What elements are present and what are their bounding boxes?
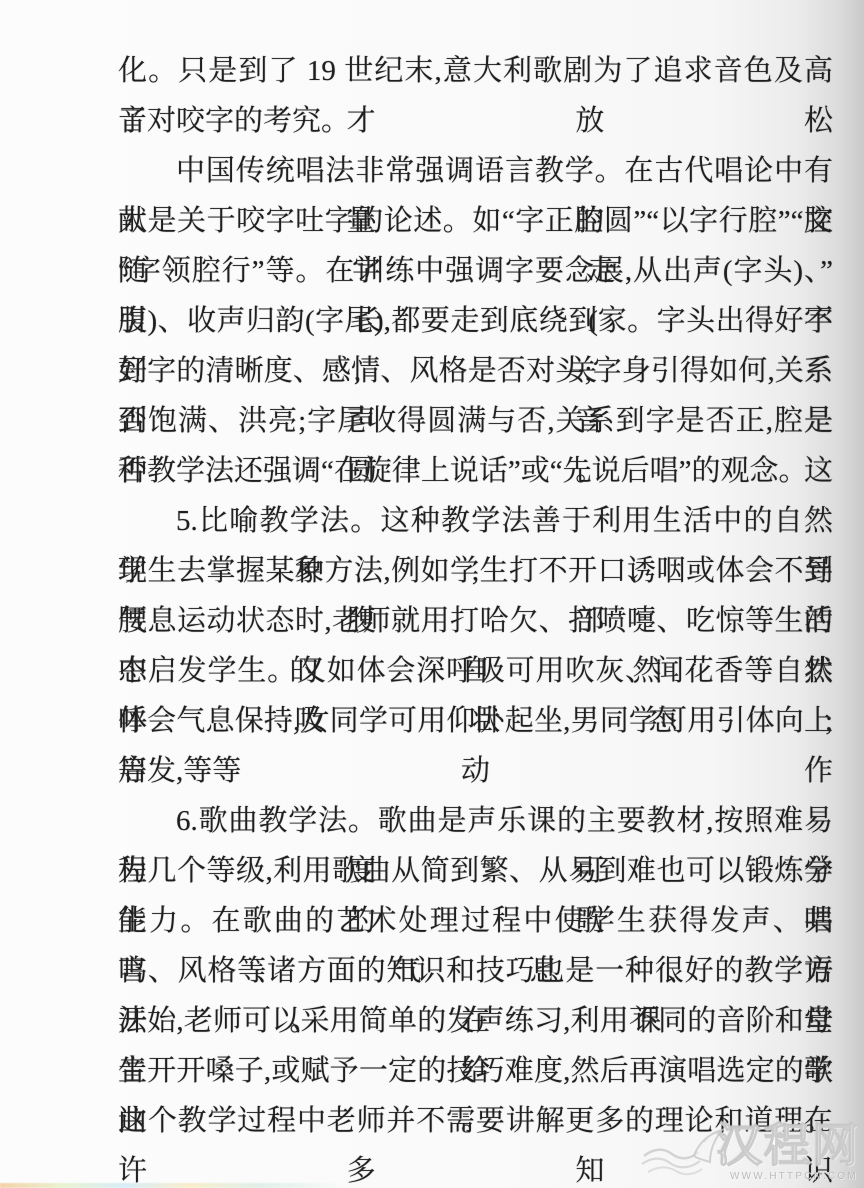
text-line: 为几个等级,利用歌曲从简到繁、从易到难也可以锻炼学生的歌唱 [118,846,833,896]
text-line: 这个教学过程中老师并不需要讲解更多的理论和道理。许多知识 [118,1096,833,1146]
text-line: 生开开嗓子,或赋予一定的技巧难度,然后再演唱选定的歌曲。在 [118,1046,833,1096]
text-line: 腹)、收声归韵(字尾),都要走到底绕到家。字头出得好不好,关系 [118,296,833,346]
text-line: 体会气息保持,女同学可用仰卧起坐,男同学可用引体向上等动作 [118,696,833,746]
text-line: 气息运动状态时,老师就用打哈欠、打喷嚏、吃惊等生活中的自然状 [118,596,833,646]
text-line: 6.歌曲教学法。歌曲是声乐课的主要教材,按照难易程度可分 [118,796,833,846]
text-line: 5.比喻教学法。这种教学法善于利用生活中的自然现象,诱导 [118,496,833,546]
text-line: 言、风格等诸方面的知识和技巧也是一种很好的教学方法。在课堂 [118,946,833,996]
text-line: 献是关于咬字吐字的论述。如“字正腔圆”“以字行腔”“腔随字走” [118,196,833,246]
text-line: 中国传统唱法非常强调语言教学。在古代唱论中有大量的文 [118,146,833,196]
text-line: 到字的清晰度、感情、风格是否对头;字身引得如何,关系到声音是 [118,346,833,396]
text-line: 学生去掌握某种方法,例如学生打不开口、咽或体会不到腰腹部的 [118,546,833,596]
scanned-page: 化。只是到了 19 世纪末,意大利歌剧为了追求音色及高音才放松了对咬字的考究。中… [0,0,864,1188]
text-line: 种教学法还强调“在旋律上说话”或“先说后唱”的观念。 [118,446,833,496]
text-line: 化。只是到了 19 世纪末,意大利歌剧为了追求音色及高音才放松 [118,46,833,96]
text-line: 态启发学生。又如体会深呼吸可用吹灰、闻花香等自然呼吸状态; [118,646,833,696]
text-line: “字领腔行”等。在训练中强调字要念展,从出声(字头)、引长(字 [118,246,833,296]
body-text: 化。只是到了 19 世纪末,意大利歌剧为了追求音色及高音才放松了对咬字的考究。中… [118,46,833,1146]
text-line: 否饱满、洪亮;字尾收得圆满与否,关系到字是否正,腔是否圆。这 [118,396,833,446]
text-line: 能力。在歌曲的艺术处理过程中使学生获得发声、共鸣、气息、语 [118,896,833,946]
text-line: 开始,老师可以采用简单的发声练习,利用不同的音阶和母音给学 [118,996,833,1046]
scan-artifact-strip [0,1183,345,1188]
